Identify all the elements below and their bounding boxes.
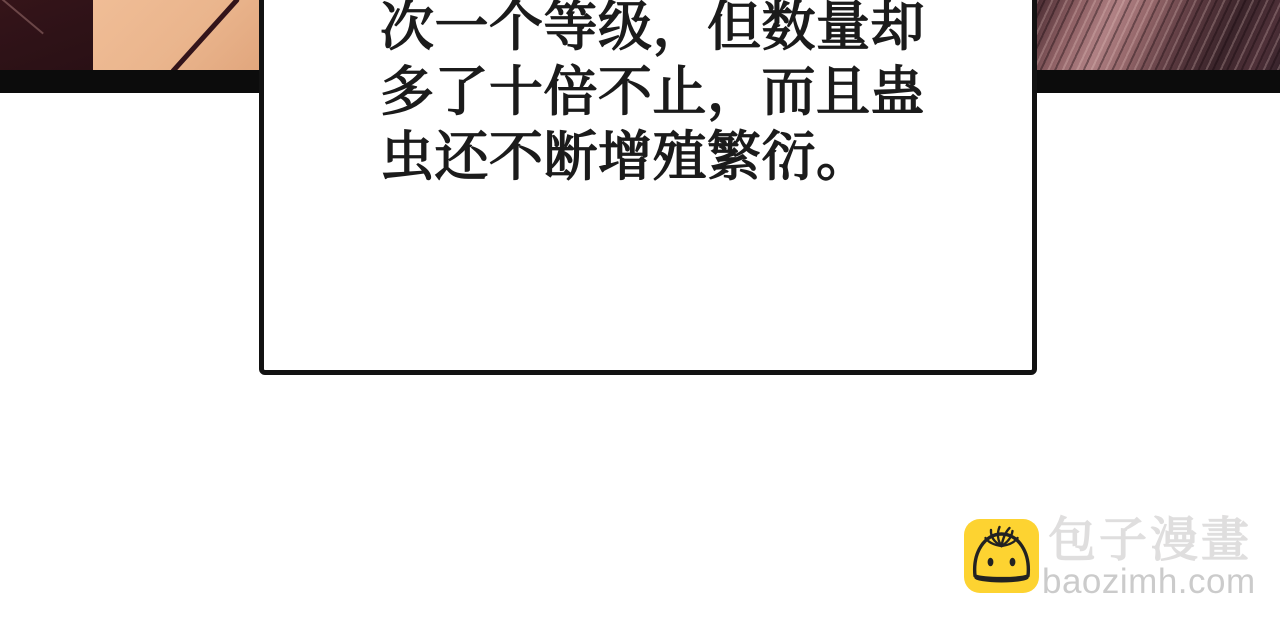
dialog-line-2: 多了十倍不止，而且蛊 (380, 60, 980, 125)
watermark-site-name: 包子漫畫 (1048, 516, 1252, 566)
dialog-line-1: 次一个等级，但数量却 (380, 0, 980, 60)
dialog-line-3: 虫还不断增殖繁衍。 (380, 125, 980, 190)
site-watermark: 包子漫畫 baozimh.com (964, 514, 1264, 604)
art-hair-dark-region (0, 0, 93, 70)
panel-art-left-fragment (0, 0, 260, 70)
panel-art-right-fragment (1037, 0, 1280, 70)
art-hair-strand-line (170, 0, 241, 70)
art-skin-region (93, 0, 260, 70)
baozi-bun-icon (964, 519, 1039, 593)
speech-bubble: 次一个等级，但数量却 多了十倍不止，而且蛊 虫还不断增殖繁衍。 (259, 0, 1037, 375)
dialog-text: 次一个等级，但数量却 多了十倍不止，而且蛊 虫还不断增殖繁衍。 (380, 0, 980, 190)
watermark-site-url: baozimh.com (1042, 564, 1256, 600)
art-hair-highlight-streak (0, 0, 44, 34)
comic-page: 次一个等级，但数量却 多了十倍不止，而且蛊 虫还不断增殖繁衍。 包子漫畫 bao… (0, 0, 1280, 626)
